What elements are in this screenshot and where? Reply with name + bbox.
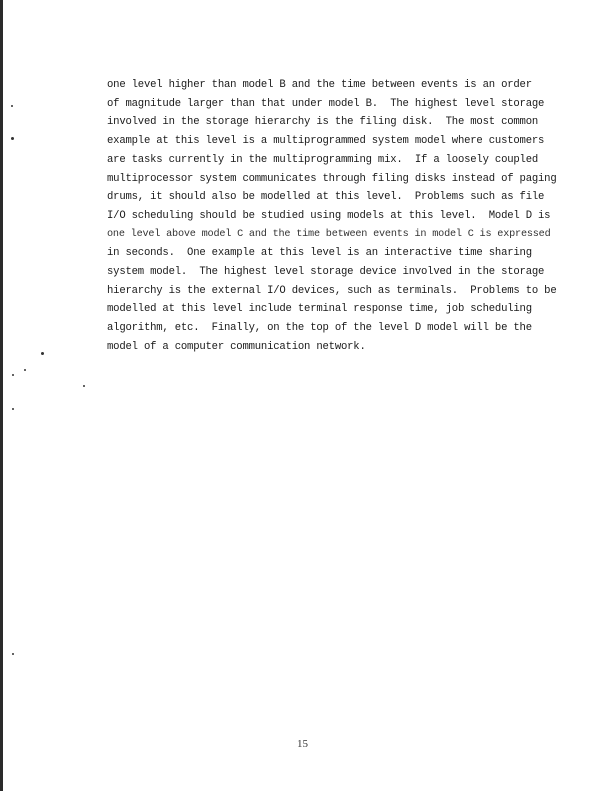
- text-line: hierarchy is the external I/O devices, s…: [107, 282, 577, 301]
- text-line: drums, it should also be modelled at thi…: [107, 188, 577, 207]
- text-line: algorithm, etc. Finally, on the top of t…: [107, 319, 577, 338]
- text-line: are tasks currently in the multiprogramm…: [107, 151, 577, 170]
- scan-speck: [41, 352, 44, 355]
- text-line: one level above model C and the time bet…: [107, 226, 577, 245]
- text-line: multiprocessor system communicates throu…: [107, 170, 577, 189]
- text-line: system model. The highest level storage …: [107, 263, 577, 282]
- body-paragraph: one level higher than model B and the ti…: [107, 76, 577, 357]
- scan-speck: [12, 408, 14, 410]
- scan-edge: [0, 0, 3, 791]
- text-line: I/O scheduling should be studied using m…: [107, 207, 577, 226]
- text-line: modelled at this level include terminal …: [107, 300, 577, 319]
- text-line: in seconds. One example at this level is…: [107, 244, 577, 263]
- text-line: involved in the storage hierarchy is the…: [107, 113, 577, 132]
- scan-speck: [11, 137, 14, 140]
- scan-speck: [12, 653, 14, 655]
- scan-speck: [12, 374, 14, 376]
- text-line: of magnitude larger than that under mode…: [107, 95, 577, 114]
- text-line: model of a computer communication networ…: [107, 338, 577, 357]
- scan-speck: [11, 105, 13, 107]
- scan-speck: [83, 385, 85, 387]
- document-page: one level higher than model B and the ti…: [0, 0, 612, 791]
- page-number: 15: [297, 738, 308, 750]
- text-line: example at this level is a multiprogramm…: [107, 132, 577, 151]
- text-line: one level higher than model B and the ti…: [107, 76, 577, 95]
- scan-speck: [24, 369, 26, 371]
